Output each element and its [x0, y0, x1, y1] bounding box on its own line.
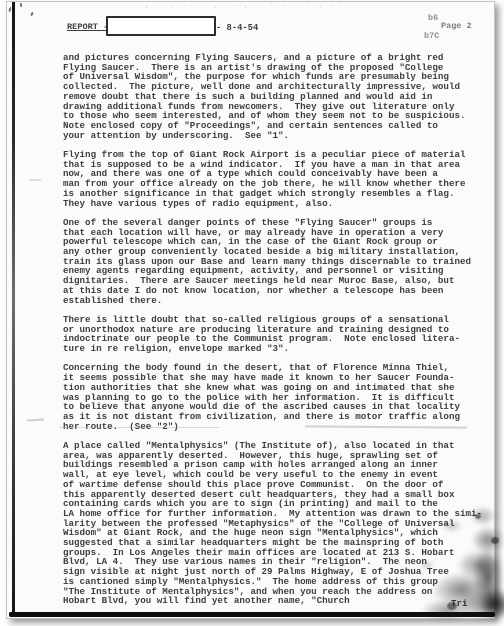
pencil-margin-dash: [27, 419, 44, 422]
ink-spot: [475, 514, 481, 519]
foia-exemption-b6: b6: [428, 13, 438, 23]
screenshot-canvas: , . ·· , ·, ' · ' , ·' REPORT - - 8-4-54…: [0, 0, 504, 626]
foia-exemption-b7c: b7C: [424, 31, 439, 41]
document-scan: , . ·· , ·, ' · ' , ·' REPORT - - 8-4-54…: [6, 1, 495, 619]
paragraph-telescope-danger: One of the several danger points of thes…: [63, 218, 482, 305]
report-body: and pictures concerning Flying Saucers, …: [63, 53, 482, 616]
paragraph-religious-groups: There is little doubt that so-called rel…: [63, 315, 482, 354]
paragraph-mentalphysics: A place called "Mentalphysics" (The Inst…: [63, 441, 482, 606]
ink-spot: [491, 537, 499, 544]
faded-handwriting: , . ·· , ·, ' · ' , ·': [145, 2, 355, 15]
ink-speck: [20, 3, 23, 7]
ink-smudge: [469, 506, 497, 526]
page-number: Page 2: [441, 21, 472, 31]
ink-smudge: [441, 520, 463, 532]
ink-smudge: [421, 599, 473, 621]
ink-smudge: [481, 585, 504, 621]
ink-speck: [30, 12, 34, 16]
paragraph-giant-rock-wind-indicator: Flying from the top of Giant Rock Airpor…: [63, 150, 482, 208]
ink-smudge: [419, 560, 435, 570]
pencil-margin-dots: [29, 179, 41, 181]
redaction-box: [106, 16, 216, 36]
pencil-underline: [59, 427, 219, 428]
report-label: REPORT -: [67, 22, 108, 32]
report-date: - 8-4-54: [216, 23, 258, 33]
paragraph-florence-thiel: Concerning the body found in the desert,…: [63, 363, 482, 431]
ink-spot: [447, 602, 457, 610]
scan-left-edge-line: [12, 2, 15, 614]
paragraph-saucer-pictures: and pictures concerning Flying Saucers, …: [63, 53, 482, 140]
